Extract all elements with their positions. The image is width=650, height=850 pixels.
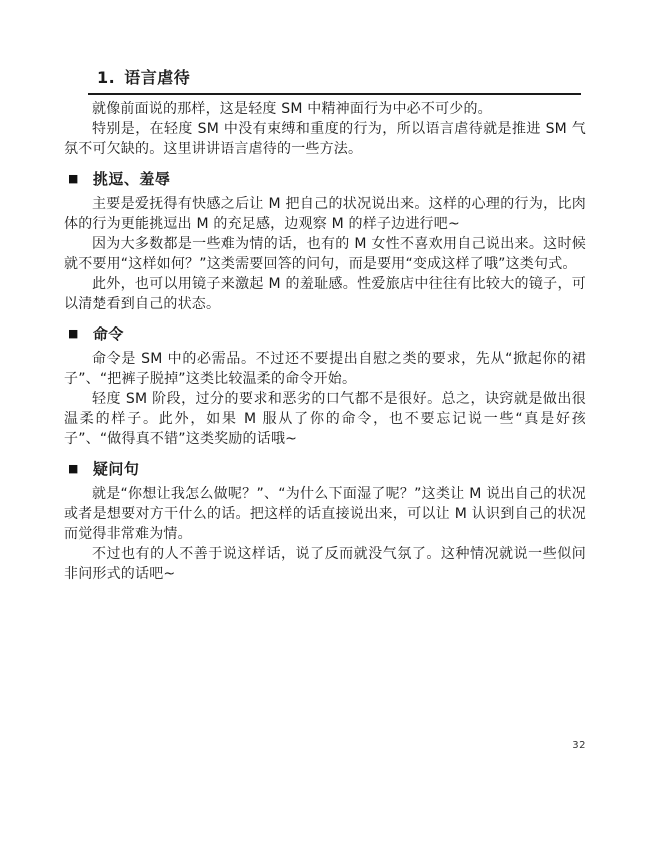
section-header: ■ 命令 xyxy=(64,323,586,345)
section-body: 命令是 SM 中的必需品。不过还不要提出自慰之类的要求，先从“掀起你的裙子”、“… xyxy=(64,349,586,449)
heading-number: 1. xyxy=(88,68,115,87)
section-title: 疑问句 xyxy=(93,458,140,480)
square-bullet-icon: ■ xyxy=(68,323,79,345)
section-header: ■ 挑逗、羞辱 xyxy=(64,168,586,190)
paragraph: 就是“你想让我怎么做呢？”、“为什么下面湿了呢？”这类让 M 说出自己的状况或者… xyxy=(64,484,586,544)
section-title: 命令 xyxy=(93,323,124,345)
intro-block: 就像前面说的那样，这是轻度 SM 中精神面行为中必不可少的。 特别是，在轻度 S… xyxy=(64,99,586,159)
paragraph: 不过也有的人不善于说这样话，说了反而就没气氛了。这种情况就说一些似问非问形式的话… xyxy=(64,544,586,584)
paragraph: 主要是爱抚得有快感之后让 M 把自己的状况说出来。这样的心理的行为，比肉体的行为… xyxy=(64,194,586,234)
square-bullet-icon: ■ xyxy=(68,168,79,190)
section-body: 主要是爱抚得有快感之后让 M 把自己的状况说出来。这样的心理的行为，比肉体的行为… xyxy=(64,194,586,314)
section-teasing: ■ 挑逗、羞辱 主要是爱抚得有快感之后让 M 把自己的状况说出来。这样的心理的行… xyxy=(64,168,586,314)
paragraph: 轻度 SM 阶段，过分的要求和恶劣的口气都不是很好。总之，诀窍就是做出很温柔的样… xyxy=(64,389,586,449)
section-question: ■ 疑问句 就是“你想让我怎么做呢？”、“为什么下面湿了呢？”这类让 M 说出自… xyxy=(64,458,586,584)
section-title: 挑逗、羞辱 xyxy=(93,168,171,190)
document-page: 1.语言虐待 就像前面说的那样，这是轻度 SM 中精神面行为中必不可少的。 特别… xyxy=(0,0,650,850)
heading-title: 语言虐待 xyxy=(124,68,190,87)
page-number: 32 xyxy=(572,740,586,751)
section-header: ■ 疑问句 xyxy=(64,458,586,480)
square-bullet-icon: ■ xyxy=(68,458,79,480)
page-title: 1.语言虐待 xyxy=(88,67,581,95)
paragraph: 命令是 SM 中的必需品。不过还不要提出自慰之类的要求，先从“掀起你的裙子”、“… xyxy=(64,349,586,389)
section-command: ■ 命令 命令是 SM 中的必需品。不过还不要提出自慰之类的要求，先从“掀起你的… xyxy=(64,323,586,449)
paragraph: 特别是，在轻度 SM 中没有束缚和重度的行为，所以语言虐待就是推进 SM 气氛不… xyxy=(64,119,586,159)
paragraph: 就像前面说的那样，这是轻度 SM 中精神面行为中必不可少的。 xyxy=(64,99,586,119)
paragraph: 因为大多数都是一些难为情的话，也有的 M 女性不喜欢用自己说出来。这时候就不要用… xyxy=(64,234,586,274)
section-body: 就是“你想让我怎么做呢？”、“为什么下面湿了呢？”这类让 M 说出自己的状况或者… xyxy=(64,484,586,584)
paragraph: 此外，也可以用镜子来激起 M 的羞耻感。性爱旅店中往往有比较大的镜子，可以清楚看… xyxy=(64,274,586,314)
